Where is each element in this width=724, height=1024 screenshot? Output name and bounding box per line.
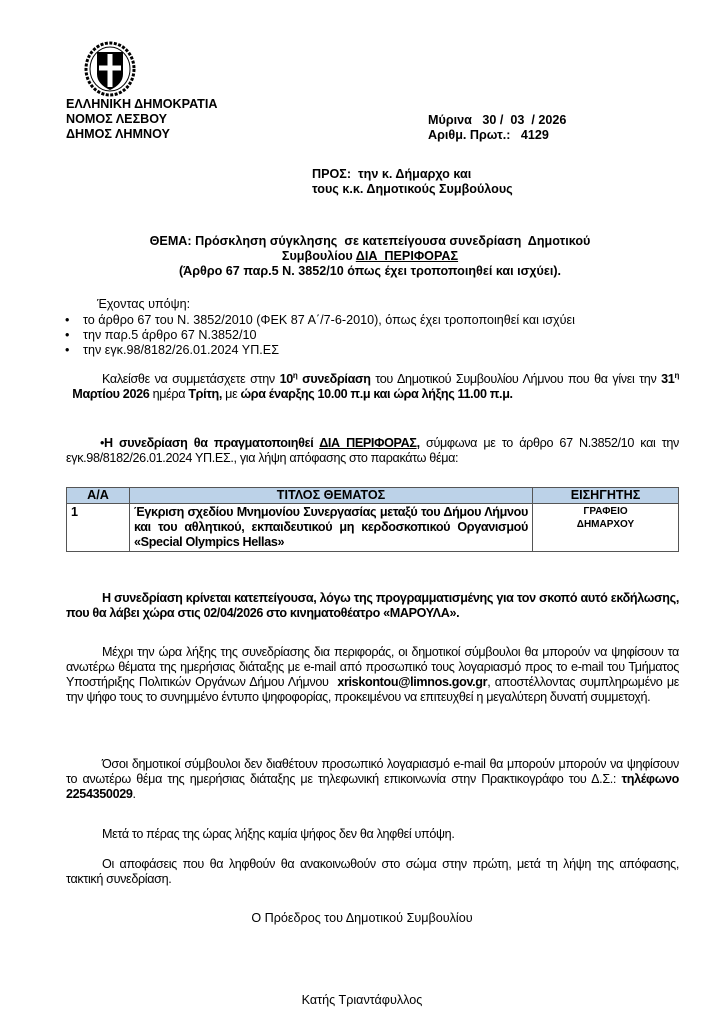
issuer-prefecture: ΝΟΜΟΣ ΛΕΣΒΟΥ xyxy=(66,112,217,127)
agenda-item-rapporteur: ΓΡΑΦΕΙΟΔΗΜΑΡΧΟΥ xyxy=(533,504,679,552)
invitation-text: ημέρα xyxy=(149,387,188,401)
agenda-table: Α/Α ΤΙΤΛΟΣ ΘΕΜΑΤΟΣ ΕΙΣΗΓΗΤΗΣ 1 Έγκριση σ… xyxy=(66,487,679,552)
rapporteur-line-1: ΓΡΑΦΕΙΟ xyxy=(537,505,674,518)
session-word: συνεδρίαση xyxy=(297,372,370,386)
considering-item: την παρ.5 άρθρο 67 Ν.3852/10 xyxy=(48,328,575,343)
subject-line-2-prefix: Συμβουλίου xyxy=(282,249,356,263)
signatory-name: Κατής Τριαντάφυλλος xyxy=(0,993,724,1007)
protocol-number: 4129 xyxy=(521,128,549,142)
place-date: Μύρινα 30 / 03 / 2026 xyxy=(428,113,566,128)
protocol-line: Αριθμ. Πρωτ.: 4129 xyxy=(428,128,566,143)
considering-item: το άρθρο 67 του Ν. 3852/2010 (ΦΕΚ 87 Α΄/… xyxy=(48,313,575,328)
meeting-times: ώρα έναρξης 10.00 π.μ και ώρα λήξης 11.0… xyxy=(240,387,512,401)
recipients-line-1: ΠΡΟΣ: την κ. Δήμαρχο και xyxy=(312,167,513,182)
recipients-block: ΠΡΟΣ: την κ. Δήμαρχο και τους κ.κ. Δημοτ… xyxy=(312,167,513,197)
email-voting-paragraph: Μέχρι την ώρα λήξης της συνεδρίασης δια … xyxy=(66,645,679,705)
issuer-country: ΕΛΛΗΝΙΚΗ ΔΗΜΟΚΡΑΤΙΑ xyxy=(66,97,217,112)
agenda-header-row: Α/Α ΤΙΤΛΟΣ ΘΕΜΑΤΟΣ ΕΙΣΗΓΗΤΗΣ xyxy=(67,488,679,504)
voting-email-link[interactable]: xriskontou@limnos.gov.gr xyxy=(337,675,487,689)
meeting-day-suffix: η xyxy=(674,371,679,380)
invitation-text: του Δημοτικού Συμβουλίου Λήμνου που θα γ… xyxy=(371,372,662,386)
invitation-text: Καλείσθε να συμμετάσχετε στην xyxy=(102,372,280,386)
subject-line-2: Συμβουλίου ΔΙΑ ΠΕΡΙΦΟΡΑΣ xyxy=(66,249,674,264)
signatory-title: Ο Πρόεδρος του Δημοτικού Συμβουλίου xyxy=(0,911,724,925)
procedure-bullet: • xyxy=(66,436,104,451)
meeting-day: 31 xyxy=(661,372,674,386)
procedure-remote-label: ΔΙΑ ΠΕΡΙΦΟΡΑΣ xyxy=(319,436,416,450)
invitation-text: με xyxy=(222,387,240,401)
col-number-header: Α/Α xyxy=(67,488,130,504)
invitation-paragraph: Καλείσθε να συμμετάσχετε στην 10η συνεδρ… xyxy=(66,372,679,402)
announcement-note-text: Οι αποφάσεις που θα ληφθούν θα ανακοινωθ… xyxy=(66,857,679,886)
announcement-note: Οι αποφάσεις που θα ληφθούν θα ανακοινωθ… xyxy=(66,857,679,887)
subject-line-3: (Άρθρο 67 παρ.5 Ν. 3852/10 όπως έχει τρο… xyxy=(66,264,674,279)
protocol-label: Αριθμ. Πρωτ.: xyxy=(428,128,510,142)
issuer-municipality: ΔΗΜΟΣ ΛΗΜΝΟΥ xyxy=(66,127,217,142)
col-rapporteur-header: ΕΙΣΗΓΗΤΗΣ xyxy=(533,488,679,504)
rapporteur-line-2: ΔΗΜΑΡΧΟΥ xyxy=(537,518,674,531)
procedure-paragraph: •Η συνεδρίαση θα πραγματοποιηθεί ΔΙΑ ΠΕΡ… xyxy=(66,436,679,466)
urgency-text: Η συνεδρίαση κρίνεται κατεπείγουσα, λόγω… xyxy=(66,591,679,620)
table-row: 1 Έγκριση σχεδίου Μνημονίου Συνεργασίας … xyxy=(67,504,679,552)
urgency-paragraph: Η συνεδρίαση κρίνεται κατεπείγουσα, λόγω… xyxy=(66,591,679,621)
considering-item: την εγκ.98/8182/26.01.2024 ΥΠ.ΕΣ xyxy=(48,343,575,358)
considering-intro: Έχοντας υπόψη: xyxy=(97,297,190,311)
subject-block: ΘΕΜΑ: Πρόσκληση σύγκλησης σε κατεπείγουσ… xyxy=(66,234,674,279)
phone-voting-text: Όσοι δημοτικοί σύμβουλοι δεν διαθέτουν π… xyxy=(66,757,679,786)
subject-remote-label: ΔΙΑ ΠΕΡΙΦΟΡΑΣ xyxy=(356,249,458,263)
subject-line-1: ΘΕΜΑ: Πρόσκληση σύγκλησης σε κατεπείγουσ… xyxy=(66,234,674,249)
deadline-note-text: Μετά το πέρας της ώρας λήξης καμία ψήφος… xyxy=(102,827,454,841)
greek-coat-of-arms-icon xyxy=(83,40,137,98)
meeting-weekday: Τρίτη, xyxy=(188,387,222,401)
session-number-value: 10 xyxy=(280,372,293,386)
agenda-item-title: Έγκριση σχεδίου Μνημονίου Συνεργασίας με… xyxy=(130,504,533,552)
meeting-month-year: Μαρτίου 2026 xyxy=(66,387,149,401)
deadline-note: Μετά το πέρας της ώρας λήξης καμία ψήφος… xyxy=(66,827,679,842)
session-number: 10η συνεδρίαση xyxy=(280,372,371,386)
considering-list: το άρθρο 67 του Ν. 3852/2010 (ΦΕΚ 87 Α΄/… xyxy=(48,313,575,358)
col-title-header: ΤΙΤΛΟΣ ΘΕΜΑΤΟΣ xyxy=(130,488,533,504)
issuer-block: ΕΛΛΗΝΙΚΗ ΔΗΜΟΚΡΑΤΙΑ ΝΟΜΟΣ ΛΕΣΒΟΥ ΔΗΜΟΣ Λ… xyxy=(66,97,217,142)
recipients-line-2: τους κ.κ. Δημοτικούς Συμβούλους xyxy=(312,182,513,197)
phone-voting-paragraph: Όσοι δημοτικοί σύμβουλοι δεν διαθέτουν π… xyxy=(66,757,679,802)
phone-voting-text: . xyxy=(133,787,136,801)
procedure-lead: Η συνεδρίαση θα πραγματοποιηθεί xyxy=(104,436,319,450)
date-protocol-block: Μύρινα 30 / 03 / 2026 Αριθμ. Πρωτ.: 4129 xyxy=(428,113,566,143)
agenda-item-number: 1 xyxy=(67,504,130,552)
